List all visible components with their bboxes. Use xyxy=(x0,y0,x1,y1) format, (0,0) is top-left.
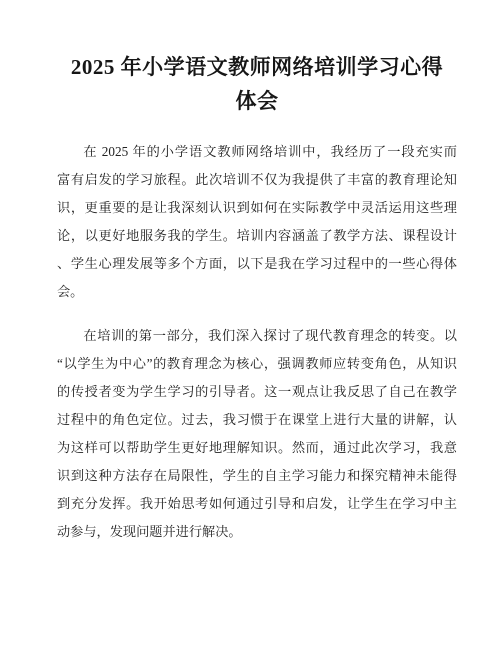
document-title-line-1: 2025 年小学语文教师网络培训学习心得 xyxy=(57,50,457,84)
paragraph-2-line: 动参与，发现问题并进行解决。 xyxy=(57,518,457,546)
paragraph-2-line: 的传授者变为学生学习的引导者。这一观点让我反思了自己在教学 xyxy=(57,378,457,406)
paragraph-2-line: 为这样可以帮助学生更好地理解知识。然而，通过此次学习，我意 xyxy=(57,434,457,462)
paragraph-1-line: 识，更重要的是让我深刻认识到如何在实际教学中灵活运用这些理 xyxy=(57,194,457,222)
document-page: 2025 年小学语文教师网络培训学习心得 体会 在 2025 年的小学语文教师网… xyxy=(0,0,500,647)
document-title: 2025 年小学语文教师网络培训学习心得 体会 xyxy=(57,50,457,118)
paragraph-2-line: 过程中的角色定位。过去，我习惯于在课堂上进行大量的讲解，认 xyxy=(57,406,457,434)
paragraph-2-line: 识到这种方法存在局限性，学生的自主学习能力和探究精神未能得 xyxy=(57,462,457,490)
document-title-line-2: 体会 xyxy=(57,84,457,118)
paragraph-1-line: 富有启发的学习旅程。此次培训不仅为我提供了丰富的教育理论知 xyxy=(57,166,457,194)
paragraph-1: 在 2025 年的小学语文教师网络培训中，我经历了一段充实而 富有启发的学习旅程… xyxy=(57,138,457,306)
paragraph-1-line: 会。 xyxy=(57,278,457,306)
paragraph-2-line: 到充分发挥。我开始思考如何通过引导和启发，让学生在学习中主 xyxy=(57,490,457,518)
paragraph-2: 在培训的第一部分，我们深入探讨了现代教育理念的转变。以 “以学生为中心”的教育理… xyxy=(57,322,457,546)
paragraph-2-line: 在培训的第一部分，我们深入探讨了现代教育理念的转变。以 xyxy=(57,322,457,350)
paragraph-1-line: 论，以更好地服务我的学生。培训内容涵盖了教学方法、课程设计 xyxy=(57,222,457,250)
paragraph-2-line: “以学生为中心”的教育理念为核心，强调教师应转变角色，从知识 xyxy=(57,350,457,378)
paragraph-1-line: 、学生心理发展等多个方面，以下是我在学习过程中的一些心得体 xyxy=(57,250,457,278)
paragraph-1-line: 在 2025 年的小学语文教师网络培训中，我经历了一段充实而 xyxy=(57,138,457,166)
